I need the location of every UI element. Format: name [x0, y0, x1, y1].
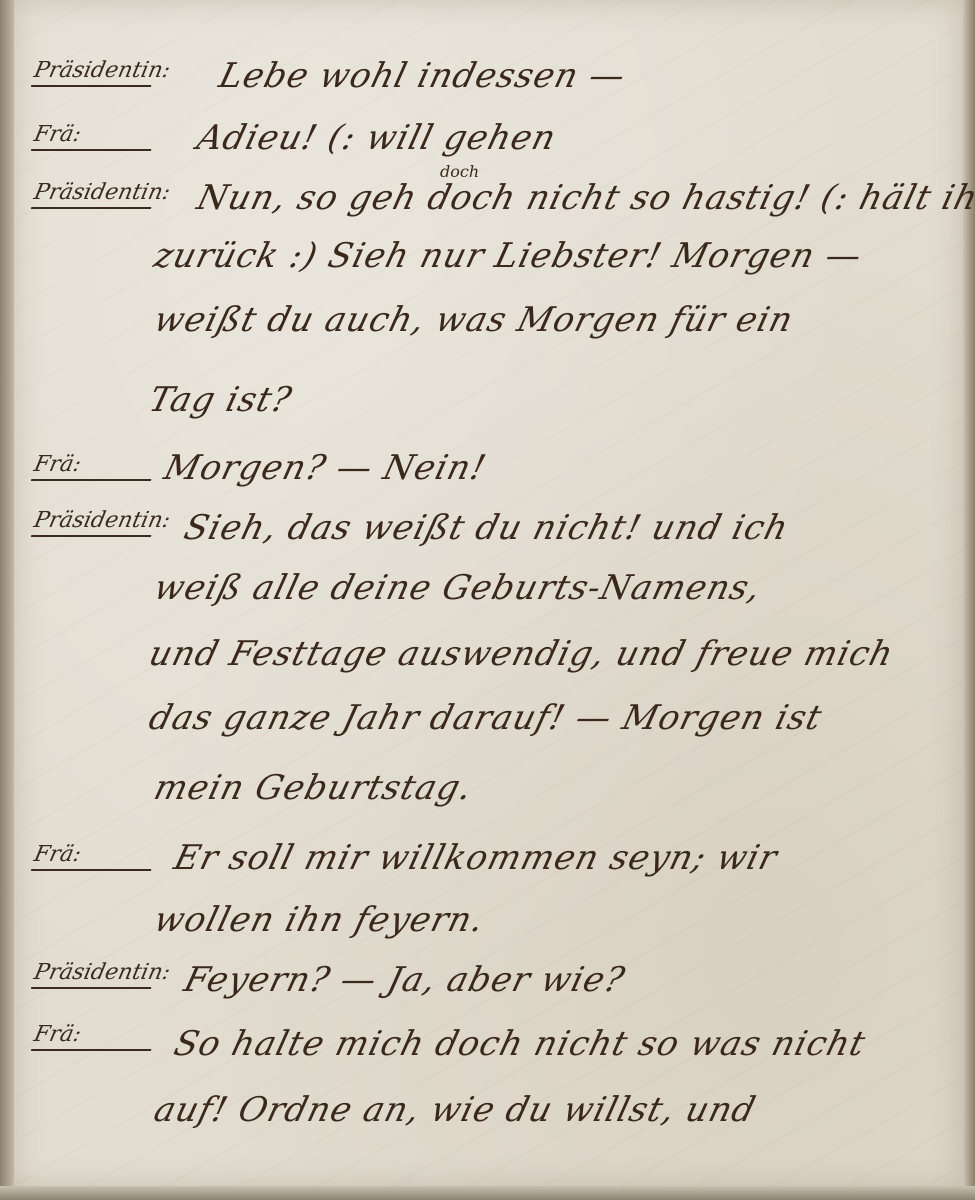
- page-edge-bottom: [0, 1186, 975, 1200]
- text-line: So halte mich doch nicht so was nicht: [170, 1024, 870, 1064]
- speaker-label: Frä:: [31, 842, 157, 871]
- text-line: Morgen? — Nein!: [160, 448, 490, 488]
- speaker-label: Frä:: [31, 452, 157, 481]
- speaker-label: Präsidentin:: [31, 960, 157, 989]
- text-line: Feyern? — Ja, aber wie?: [180, 960, 629, 1000]
- text-line: wollen ihn feyern.: [150, 900, 489, 940]
- text-line: Tag ist?: [145, 380, 296, 420]
- text-line: das ganze Jahr darauf! — Morgen ist: [145, 698, 826, 738]
- text-line: auf! Ordne an, wie du willst, und: [150, 1090, 760, 1130]
- text-line: zurück :) Sieh nur Liebster! Morgen —: [150, 236, 866, 276]
- speaker-label: Präsidentin:: [31, 58, 157, 87]
- text-line: Adieu! (: will gehen: [193, 118, 561, 158]
- text-line: weißt du auch, was Morgen für ein: [150, 300, 798, 340]
- text-line: und Festtage auswendig, und freue mich: [145, 634, 898, 674]
- speaker-label: Frä:: [31, 1022, 157, 1051]
- text-line: Sieh, das weißt du nicht! und ich: [180, 508, 793, 548]
- text-line: mein Geburtstag.: [150, 768, 477, 808]
- text-line: Lebe wohl indessen —: [215, 56, 630, 96]
- text-line: Er soll mir willkommen seyn; wir: [170, 838, 782, 878]
- speaker-label: Präsidentin:: [31, 180, 157, 209]
- speaker-label: Frä:: [31, 122, 157, 151]
- speaker-label: Präsidentin:: [31, 508, 157, 537]
- text-line: Nun, so geh doch nicht so hastig! (: häl…: [193, 178, 975, 218]
- text-line: weiß alle deine Geburts-Namens,: [150, 568, 765, 608]
